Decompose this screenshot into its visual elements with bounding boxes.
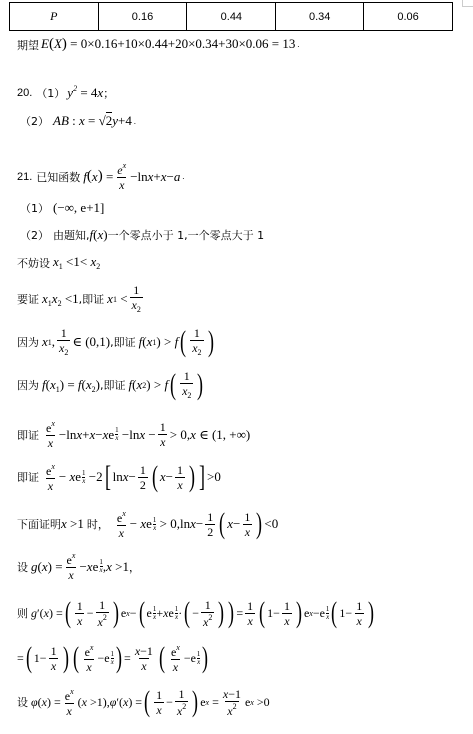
step-math: =(1−1x)(exx−e1x)=x−1x(exx−e1x)	[17, 643, 210, 673]
q20-number: 20.	[17, 87, 32, 99]
q21-function: f(x) = exx −lnx+x−a	[83, 162, 180, 191]
step-because-2: 因为 f(x1) = f(x2) , 即证 f(x2) > f(1x2)	[17, 370, 205, 400]
step-mid: 时，	[87, 516, 109, 532]
step-math: f(x1) = f(x2)	[42, 377, 100, 394]
q20-part1-label: （1）	[36, 85, 65, 101]
q21-part2-label: （2）	[20, 227, 49, 243]
step-equivalent-1: 即证 exx −lnx+x−xe1x −lnx −1x> 0, x ∈ (1, …	[17, 420, 250, 449]
q20-part1-answer: y2 = 4x	[67, 84, 103, 101]
step-prefix: 因为	[17, 334, 39, 350]
q20-part2: （2） AB : x = √2y+4 .	[20, 113, 136, 129]
expectation-end: .	[297, 40, 299, 49]
step-prefix: 设	[17, 559, 28, 575]
q21-part1-answer: (−∞, e+1]	[53, 200, 104, 216]
step-prefix: 设	[17, 694, 28, 710]
step-define-phi: 设 φ(x) =exx(x >1), φ′(x) =(1x−1x2)ex =x−…	[17, 687, 270, 717]
step-math: x >1	[61, 516, 84, 532]
step-prefix: 要证	[17, 291, 39, 307]
q20-part2-end: .	[134, 117, 136, 126]
table-cell: 0.34	[276, 3, 364, 31]
q21-part1: （1） (−∞, e+1]	[20, 200, 104, 216]
step-prefix: 即证	[17, 469, 39, 485]
step-factor: =(1−1x)(exx−e1x)=x−1x(exx−e1x)	[17, 643, 210, 673]
step-math: exx −lnx+x−xe1x −lnx −1x> 0, x ∈ (1, +∞)	[42, 420, 250, 449]
expectation-label: 期望	[17, 37, 39, 53]
step-mid: 即证	[104, 377, 126, 393]
step-assume: 不妨设 x1 <1< x2	[17, 254, 100, 271]
q20-part1: 20. （1） y2 = 4x ；	[17, 84, 114, 101]
table-cell: 0.44	[187, 3, 276, 31]
step-math: g(x) =exx−xe1x, x >1	[31, 552, 129, 581]
step-prefix: 即证	[17, 427, 39, 443]
q21-part2-rest: 一个零点小于 1,一个零点大于 1	[108, 227, 265, 243]
q20-part2-label: （2）	[20, 113, 49, 129]
step-end: ，	[129, 559, 140, 575]
step-below-prove: 下面证明 x >1 时， exx − xe1x > 0,lnx−12(x−1x)…	[17, 509, 278, 539]
probability-table: P 0.16 0.44 0.34 0.06	[9, 2, 453, 31]
step-mid: 即证	[82, 291, 104, 307]
q21-part2-fx: f(x)	[90, 227, 108, 243]
step-prefix: 因为	[17, 377, 39, 393]
expectation-line: 期望 E(X) = 0×0.16+10×0.44+20×0.34+30×0.06…	[17, 36, 299, 53]
q21-part2-text: 由题知,	[53, 227, 90, 243]
step-math2: x1 <1x2	[107, 284, 145, 314]
window-corner-grip	[462, 0, 473, 7]
step-mid: 即证	[114, 334, 136, 350]
table-row-label: P	[10, 3, 99, 31]
step-prefix: 下面证明	[17, 516, 61, 532]
table-cell: 0.06	[364, 3, 453, 31]
q20-part2-answer: AB : x = √2y+4	[53, 113, 132, 129]
step-math: x1,1x2∈ (0,1)	[42, 327, 110, 357]
q21-intro-end: .	[182, 172, 184, 181]
table-row: P 0.16 0.44 0.34 0.06	[10, 3, 453, 31]
step-math2: f(x2) > f(1x2)	[129, 370, 206, 400]
step-math: φ(x) =exx(x >1), φ′(x) =(1x−1x2)ex =x−1x…	[31, 687, 270, 717]
q21-part1-label: （1）	[20, 200, 49, 216]
q20-part1-end: ；	[103, 85, 114, 101]
step-math: g′(x) =(1x−1x2)ex−(e1x+xe1x·(−1x2))=1x(1…	[31, 598, 376, 628]
q21-number: 21.	[17, 171, 32, 183]
step-prefix: 不妨设	[17, 255, 50, 271]
step-prefix: 则	[17, 605, 28, 621]
step-to-prove: 要证 x1x2 <1 , 即证 x1 <1x2	[17, 284, 145, 314]
q21-part2: （2） 由题知, f(x) 一个零点小于 1,一个零点大于 1	[20, 227, 264, 243]
step-derivative-g: 则 g′(x) =(1x−1x2)ex−(e1x+xe1x·(−1x2))=1x…	[17, 598, 376, 628]
step-math: x1x2 <1	[42, 291, 79, 308]
expectation-formula: E(X) = 0×0.16+10×0.44+20×0.34+30×0.06 = …	[41, 36, 295, 53]
q21-intro: 21. 已知函数 f(x) = exx −lnx+x−a .	[17, 162, 184, 191]
step-math: exx − xe1x −2[lnx−12(x−1x)]>0	[42, 462, 221, 492]
step-math: x1 <1< x2	[53, 254, 100, 271]
step-math2: f(x1) > f(1x2)	[139, 327, 216, 357]
table-cell: 0.16	[98, 3, 187, 31]
q21-intro-text: 已知函数	[36, 169, 80, 185]
step-because-1: 因为 x1,1x2∈ (0,1) , 即证 f(x1) > f(1x2)	[17, 327, 216, 357]
step-define-g: 设 g(x) =exx−xe1x, x >1 ，	[17, 552, 140, 581]
step-equivalent-2: 即证 exx − xe1x −2[lnx−12(x−1x)]>0	[17, 462, 221, 492]
step-math2: exx − xe1x > 0,lnx−12(x−1x)<0	[113, 509, 278, 539]
